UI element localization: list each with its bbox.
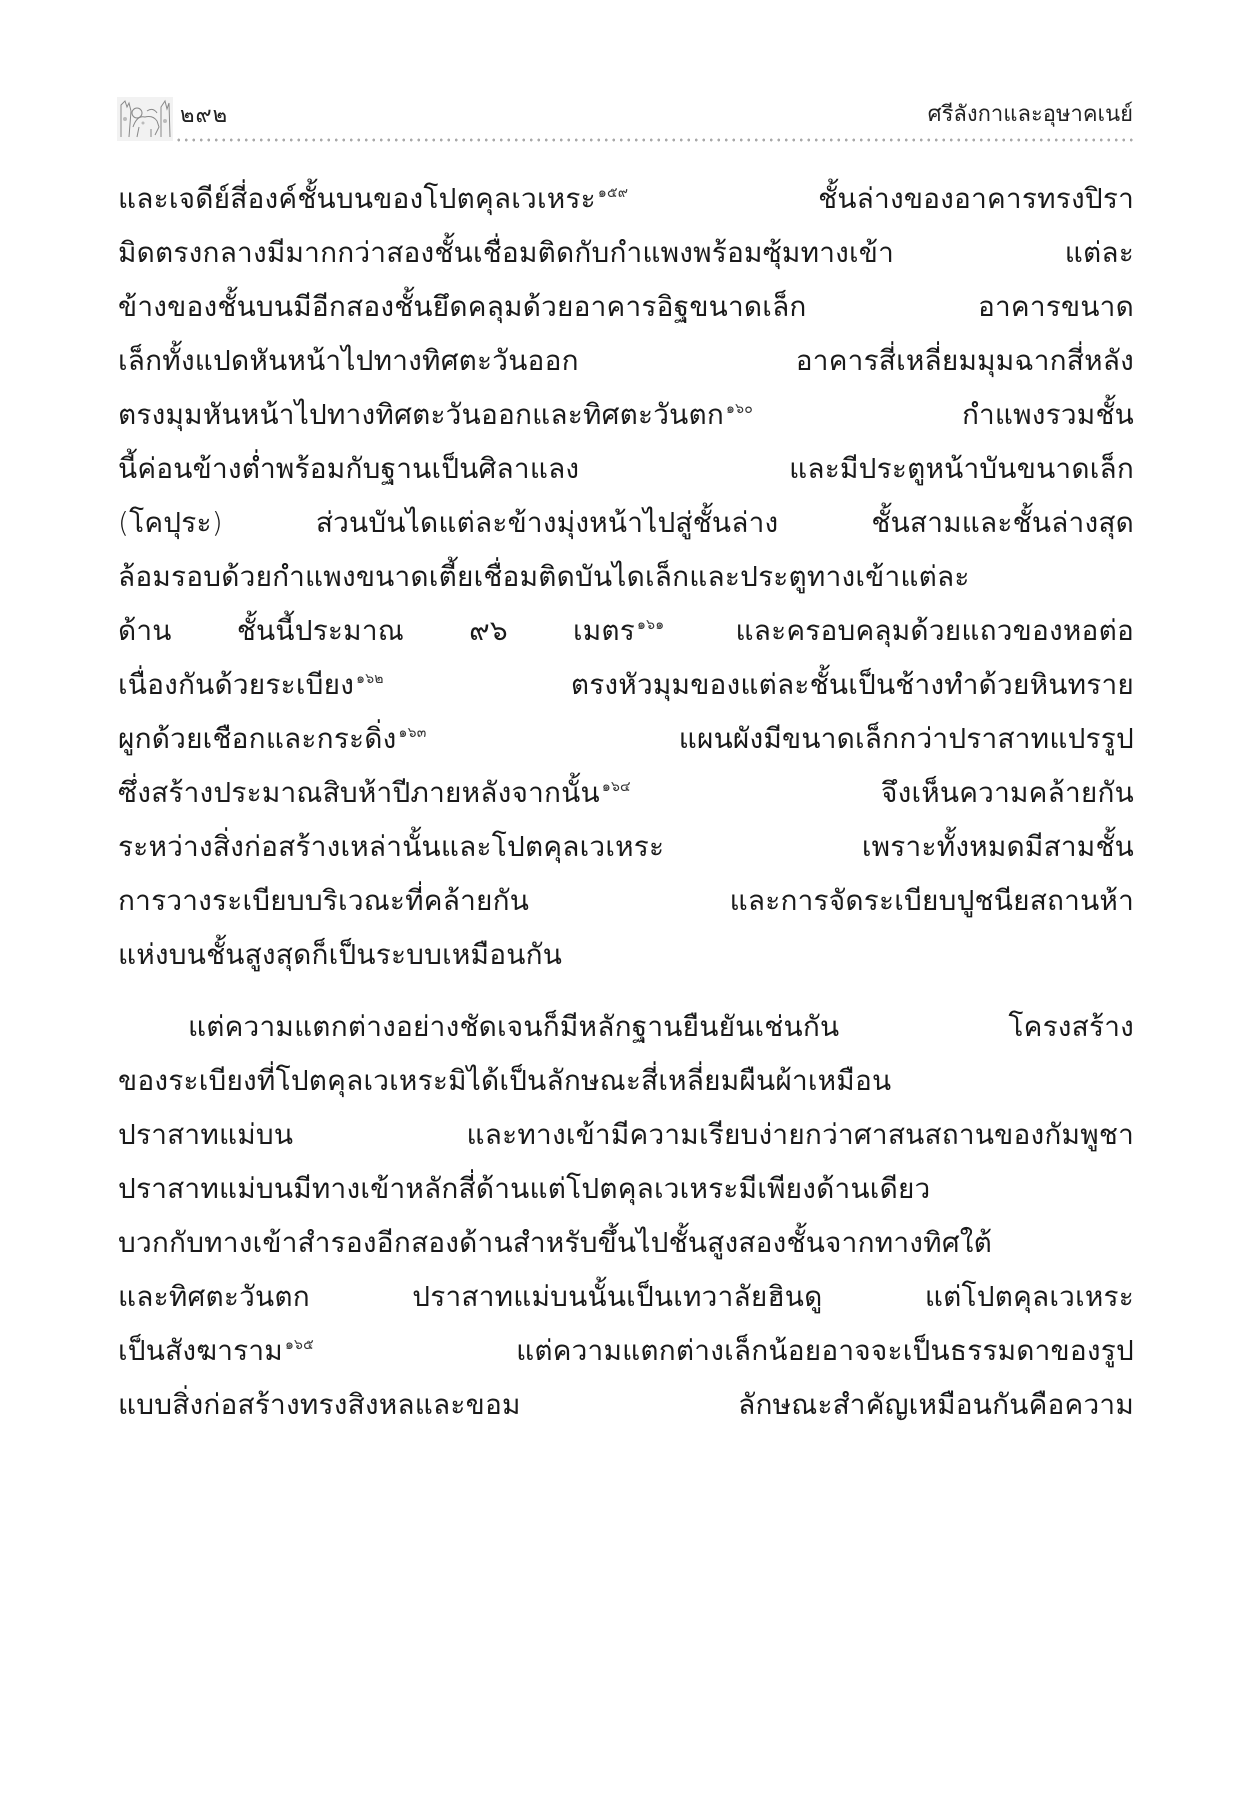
running-title: ศรีลังกาและอุษาคเนย์ [928, 101, 1133, 129]
text-line: เล็กทั้งแปดหันหน้าไปทางทิศตะวันออก อาคาร… [118, 334, 1134, 388]
line-text: การวางระเบียบบริเวณะที่คล้ายกัน และการจั… [118, 884, 1134, 917]
line-text: เนื่องกันด้วยระเบียง [118, 668, 354, 701]
text-line: ปราสาทแม่บน และทางเข้ามีความเรียบง่ายกว่… [118, 1108, 1134, 1162]
footnote-ref[interactable]: ๑๖๕ [285, 1337, 314, 1353]
text-line: ด้าน ชั้นนี้ประมาณ ๙๖ เมตร๑๖๑ และครอบคลุ… [118, 604, 1134, 658]
header-dotted-rule [175, 138, 1133, 142]
text-line: ตรงมุมหันหน้าไปทางทิศตะวันออกและทิศตะวัน… [118, 388, 1134, 442]
text-line: เป็นสังฆาราม๑๖๕ แต่ความแตกต่างเล็กน้อยอา… [118, 1324, 1134, 1378]
line-text: แบบสิ่งก่อสร้างทรงสิงหลและขอม ลักษณะสำคั… [118, 1388, 1134, 1421]
paragraph: และเจดีย์สี่องค์ชั้นบนของโปตคุลเวเหระ๑๕๙… [118, 172, 1134, 982]
line-text-after-footnote: กำแพงรวมชั้น [962, 398, 1134, 431]
line-text: ผูกด้วยเชือกและกระดิ่ง [118, 722, 397, 755]
line-text: ปราสาทแม่บนมีทางเข้าหลักสี่ด้านแต่โปตคุล… [118, 1172, 930, 1205]
line-text-after-footnote: ตรงหัวมุมของแต่ละชั้นเป็นช้างทำด้วยหินทร… [571, 668, 1134, 701]
page-number: ๒๙๒ [180, 103, 228, 129]
line-text: ด้าน ชั้นนี้ประมาณ ๙๖ เมตร [118, 614, 635, 647]
footnote-ref[interactable]: ๑๖๔ [602, 779, 631, 795]
text-line: ปราสาทแม่บนมีทางเข้าหลักสี่ด้านแต่โปตคุล… [118, 1162, 1134, 1216]
body-text: และเจดีย์สี่องค์ชั้นบนของโปตคุลเวเหระ๑๕๙… [118, 172, 1134, 1432]
line-text: ระหว่างสิ่งก่อสร้างเหล่านั้นและโปตคุลเวเ… [118, 830, 1134, 863]
text-line: เนื่องกันด้วยระเบียง๑๖๒ ตรงหัวมุมของแต่ล… [118, 658, 1134, 712]
text-line: และเจดีย์สี่องค์ชั้นบนของโปตคุลเวเหระ๑๕๙… [118, 172, 1134, 226]
text-line: บวกกับทางเข้าสำรองอีกสองด้านสำหรับขึ้นไป… [118, 1216, 1134, 1270]
footnote-ref[interactable]: ๑๖๓ [399, 725, 427, 741]
text-line: ระหว่างสิ่งก่อสร้างเหล่านั้นและโปตคุลเวเ… [118, 820, 1134, 874]
line-text: และทิศตะวันตก ปราสาทแม่บนนั้นเป็นเทวาลัย… [118, 1280, 1134, 1313]
line-text: ตรงมุมหันหน้าไปทางทิศตะวันออกและทิศตะวัน… [118, 398, 724, 431]
text-line: ล้อมรอบด้วยกำแพงขนาดเตี้ยเชื่อมติดบันไดเ… [118, 550, 1134, 604]
text-line: ของระเบียงที่โปตคุลเวเหระมิได้เป็นลักษณะ… [118, 1054, 1134, 1108]
text-line: แต่ความแตกต่างอย่างชัดเจนก็มีหลักฐานยืนย… [118, 1000, 1134, 1054]
footnote-ref[interactable]: ๑๖๑ [637, 617, 664, 633]
line-text: เป็นสังฆาราม [118, 1334, 283, 1367]
line-text-after-footnote: ชั้นล่างของอาคารทรงปิรา [818, 182, 1134, 215]
line-text: และเจดีย์สี่องค์ชั้นบนของโปตคุลเวเหระ [118, 182, 596, 215]
text-line: นี้ค่อนข้างต่ำพร้อมกับฐานเป็นศิลาแลง และ… [118, 442, 1134, 496]
paragraph: แต่ความแตกต่างอย่างชัดเจนก็มีหลักฐานยืนย… [118, 1000, 1134, 1432]
line-text: ปราสาทแม่บน และทางเข้ามีความเรียบง่ายกว่… [118, 1118, 1134, 1151]
text-line: มิดตรงกลางมีมากกว่าสองชั้นเชื่อมติดกับกำ… [118, 226, 1134, 280]
line-text: บวกกับทางเข้าสำรองอีกสองด้านสำหรับขึ้นไป… [118, 1226, 992, 1259]
line-text: แต่ความแตกต่างอย่างชัดเจนก็มีหลักฐานยืนย… [188, 1010, 1134, 1043]
line-text-after-footnote: แต่ความแตกต่างเล็กน้อยอาจจะเป็นธรรมดาของ… [516, 1334, 1134, 1367]
line-text: ของระเบียงที่โปตคุลเวเหระมิได้เป็นลักษณะ… [118, 1064, 891, 1097]
text-line: แบบสิ่งก่อสร้างทรงสิงหลและขอม ลักษณะสำคั… [118, 1378, 1134, 1432]
line-text-after-footnote: แผนผังมีขนาดเล็กกว่าปราสาทแปรรูป [679, 722, 1134, 755]
paragraph-gap [118, 982, 1134, 1000]
line-text: (โคปุระ) ส่วนบันไดแต่ละข้างมุ่งหน้าไปสู่… [118, 506, 1134, 539]
footnote-ref[interactable]: ๑๖๐ [726, 401, 753, 417]
line-text-after-footnote: จึงเห็นความคล้ายกัน [881, 776, 1134, 809]
lion-ornament-icon [117, 97, 173, 141]
text-line: แห่งบนชั้นสูงสุดก็เป็นระบบเหมือนกัน [118, 928, 1134, 982]
text-line: ซึ่งสร้างประมาณสิบห้าปีภายหลังจากนั้น๑๖๔… [118, 766, 1134, 820]
footnote-ref[interactable]: ๑๖๒ [356, 671, 384, 687]
line-text: เล็กทั้งแปดหันหน้าไปทางทิศตะวันออก อาคาร… [118, 344, 1134, 377]
line-text-after-footnote: และครอบคลุมด้วยแถวของหอต่อ [735, 614, 1134, 647]
line-text: ล้อมรอบด้วยกำแพงขนาดเตี้ยเชื่อมติดบันไดเ… [118, 560, 970, 593]
page-header: ๒๙๒ ศรีลังกาและอุษาคเนย์ [117, 93, 1133, 148]
footnote-ref[interactable]: ๑๕๙ [598, 185, 628, 201]
text-line: และทิศตะวันตก ปราสาทแม่บนนั้นเป็นเทวาลัย… [118, 1270, 1134, 1324]
line-text: แห่งบนชั้นสูงสุดก็เป็นระบบเหมือนกัน [118, 938, 562, 971]
text-line: ผูกด้วยเชือกและกระดิ่ง๑๖๓ แผนผังมีขนาดเล… [118, 712, 1134, 766]
line-text: นี้ค่อนข้างต่ำพร้อมกับฐานเป็นศิลาแลง และ… [118, 452, 1134, 485]
line-text: มิดตรงกลางมีมากกว่าสองชั้นเชื่อมติดกับกำ… [118, 236, 1134, 269]
text-line: (โคปุระ) ส่วนบันไดแต่ละข้างมุ่งหน้าไปสู่… [118, 496, 1134, 550]
text-line: ข้างของชั้นบนมีอีกสองชั้นยึดคลุมด้วยอาคา… [118, 280, 1134, 334]
line-text: ซึ่งสร้างประมาณสิบห้าปีภายหลังจากนั้น [118, 776, 600, 809]
text-line: การวางระเบียบบริเวณะที่คล้ายกัน และการจั… [118, 874, 1134, 928]
line-text: ข้างของชั้นบนมีอีกสองชั้นยึดคลุมด้วยอาคา… [118, 290, 1134, 323]
